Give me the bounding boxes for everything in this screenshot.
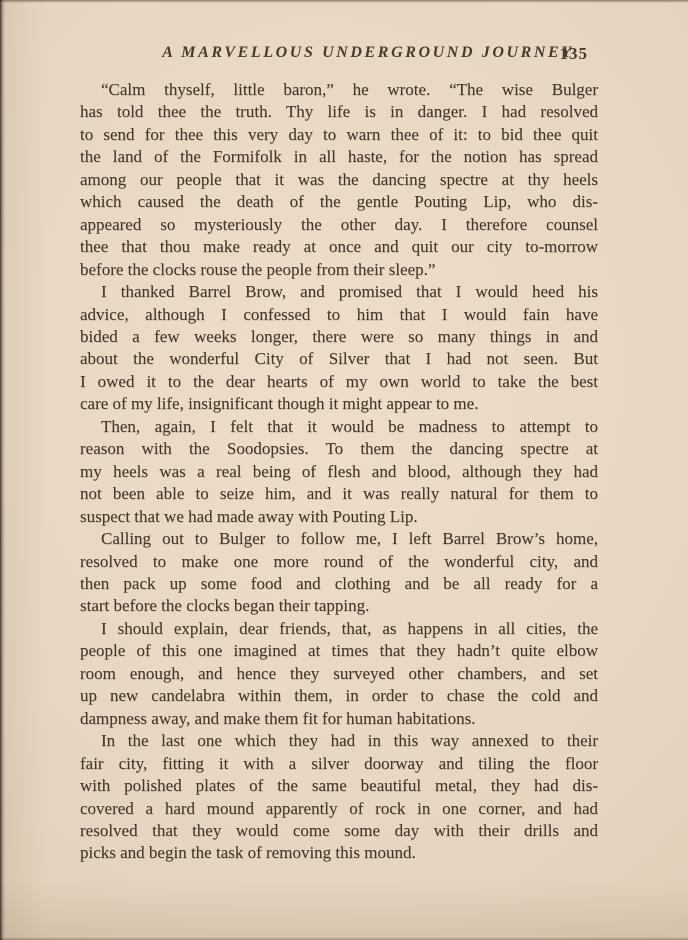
text-line: advice, although I confessed to him that… — [80, 304, 598, 326]
running-header: A MARVELLOUS UNDERGROUND JOURNEY 135 — [80, 44, 588, 66]
text-line: thee that thou make ready at once and qu… — [80, 236, 598, 258]
text-line: room enough, and hence they surveyed oth… — [80, 663, 598, 685]
text-line: In the last one which they had in this w… — [80, 730, 598, 752]
text-line: appeared so mysteriously the other day. … — [80, 214, 598, 236]
text-line: covered a hard mound apparently of rock … — [80, 798, 598, 820]
text-line: fair city, fitting it with a silver door… — [80, 753, 598, 775]
scan-edge-top — [0, 0, 688, 3]
text-line: reason with the Soodopsies. To them the … — [80, 438, 598, 460]
text-line: bided a few weeks longer, there were so … — [80, 326, 598, 348]
text-line: I should explain, dear friends, that, as… — [80, 618, 598, 640]
text-line: about the wonderful City of Silver that … — [80, 348, 598, 370]
paragraph: “Calm thyself, little baron,” he wrote. … — [80, 79, 598, 281]
text-line: then pack up some food and clothing and … — [80, 573, 598, 595]
text-line: which caused the death of the gentle Pou… — [80, 191, 598, 213]
text-line: the land of the Formifolk in all haste, … — [80, 146, 598, 168]
text-line: picks and begin the task of removing thi… — [80, 842, 598, 864]
text-line: I thanked Barrel Brow, and promised that… — [80, 281, 598, 303]
text-line: Calling out to Bulger to follow me, I le… — [80, 528, 598, 550]
text-line: has told thee the truth. Thy life is in … — [80, 101, 598, 123]
scan-edge-left — [0, 0, 5, 940]
page-number: 135 — [560, 44, 589, 64]
page-text-block: “Calm thyself, little baron,” he wrote. … — [80, 79, 598, 865]
paragraph: I should explain, dear friends, that, as… — [80, 618, 598, 730]
running-header-title: A MARVELLOUS UNDERGROUND JOURNEY — [162, 44, 573, 62]
text-line: before the clocks rouse the people from … — [80, 259, 598, 281]
text-line: people of this one imagined at times tha… — [80, 640, 598, 662]
paragraph: In the last one which they had in this w… — [80, 730, 598, 865]
text-line: my heels was a real being of flesh and b… — [80, 461, 598, 483]
text-line: start before the clocks began their tapp… — [80, 595, 598, 617]
text-line: among our people that it was the dancing… — [80, 169, 598, 191]
paragraph: Calling out to Bulger to follow me, I le… — [80, 528, 598, 618]
text-line: with polished plates of the same beautif… — [80, 775, 598, 797]
text-line: resolved to make one more round of the w… — [80, 551, 598, 573]
book-page-scan: A MARVELLOUS UNDERGROUND JOURNEY 135 “Ca… — [0, 0, 688, 940]
paragraph: Then, again, I felt that it would be mad… — [80, 416, 598, 528]
text-line: I owed it to the dear hearts of my own w… — [80, 371, 598, 393]
text-line: “Calm thyself, little baron,” he wrote. … — [80, 79, 598, 101]
text-line: to send for thee this very day to warn t… — [80, 124, 598, 146]
text-line: not been able to seize him, and it was r… — [80, 483, 598, 505]
text-line: resolved that they would come some day w… — [80, 820, 598, 842]
text-line: care of my life, insignificant though it… — [80, 393, 598, 415]
text-line: Then, again, I felt that it would be mad… — [80, 416, 598, 438]
text-line: dampness away, and make them fit for hum… — [80, 708, 598, 730]
text-line: suspect that we had made away with Pouti… — [80, 506, 598, 528]
text-line: up new candelabra within them, in order … — [80, 685, 598, 707]
paragraph: I thanked Barrel Brow, and promised that… — [80, 281, 598, 416]
